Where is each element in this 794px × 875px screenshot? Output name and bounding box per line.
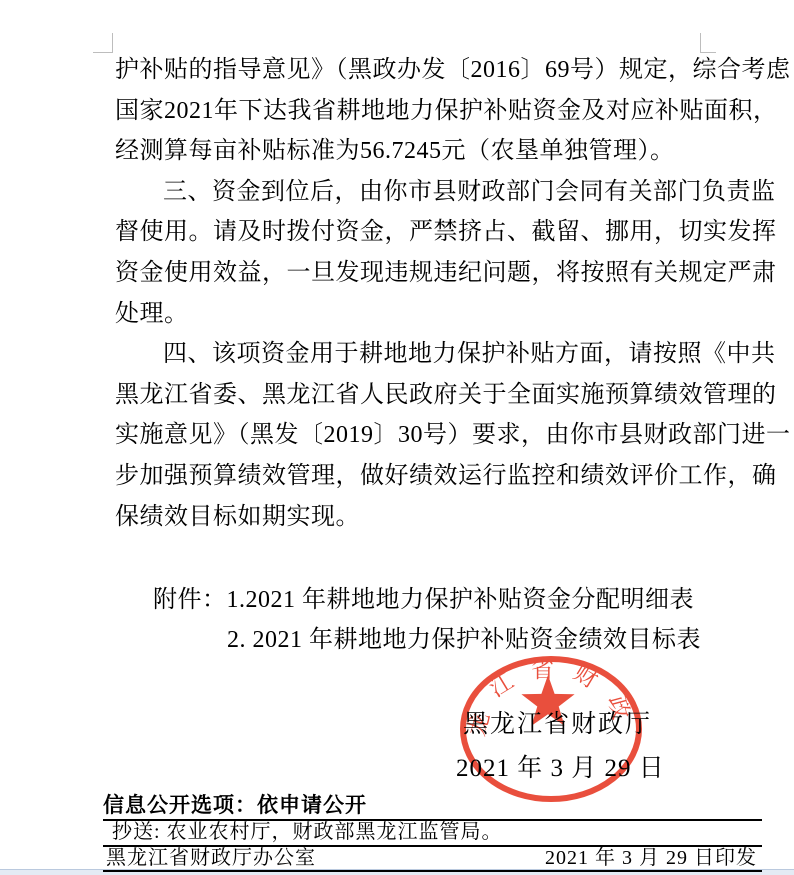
footer-rule-3 bbox=[103, 870, 762, 872]
signature-org: 黑龙江省财政厅 bbox=[463, 705, 652, 745]
body-line: 护补贴的指导意见》（黑政办发〔2016〕69号）规定，综合考虑 bbox=[115, 50, 758, 90]
footer-disclosure: 信息公开选项：依申请公开 bbox=[103, 793, 367, 819]
page-margin-mark-top-left bbox=[93, 33, 113, 53]
attachment-line-1: 附件：1.2021 年耕地地力保护补贴资金分配明细表 bbox=[153, 580, 694, 620]
body-line: 资金使用效益，一旦发现违规违纪问题，将按照有关规定严肃 bbox=[115, 253, 758, 293]
document-page: { "document": { "body_lines": [ {"text":… bbox=[0, 0, 794, 875]
footer-print-date: 2021 年 3 月 29 日印发 bbox=[545, 846, 757, 870]
body-line: 四、该项资金用于耕地地力保护补贴方面，请按照《中共 bbox=[115, 334, 758, 374]
attachments-label: 附件： bbox=[153, 587, 227, 613]
body-line: 三、资金到位后，由你市县财政部门会同有关部门负责监 bbox=[115, 172, 758, 212]
attachment-item-1: 1.2021 年耕地地力保护补贴资金分配明细表 bbox=[227, 587, 695, 613]
body-line: 黑龙江省委、黑龙江省人民政府关于全面实施预算绩效管理的 bbox=[115, 375, 758, 415]
footer-office-row: 黑龙江省财政厅办公室 2021 年 3 月 29 日印发 bbox=[106, 846, 757, 870]
attachment-line-2: 2. 2021 年耕地地力保护补贴资金绩效目标表 bbox=[227, 620, 701, 660]
body-line: 步加强预算绩效管理，做好绩效运行监控和绩效评价工作，确 bbox=[115, 456, 758, 496]
body-line: 保绩效目标如期实现。 bbox=[115, 497, 758, 537]
footer-office: 黑龙江省财政厅办公室 bbox=[106, 846, 316, 870]
footer-cc: 抄送: 农业农村厅，财政部黑龙江监管局。 bbox=[112, 820, 503, 845]
signature-date: 2021 年 3 月 29 日 bbox=[456, 749, 665, 789]
body-line: 实施意见》（黑发〔2019〕30号）要求，由你市县财政部门进一 bbox=[115, 415, 758, 455]
body-line: 国家2021年下达我省耕地地力保护补贴资金及对应补贴面积， bbox=[115, 91, 758, 131]
body-line: 处理。 bbox=[115, 294, 758, 334]
body-line: 经测算每亩补贴标准为56.7245元（农垦单独管理）。 bbox=[115, 131, 758, 171]
attachment-item-2: 2. 2021 年耕地地力保护补贴资金绩效目标表 bbox=[227, 627, 701, 653]
body-line: 督使用。请及时拨付资金，严禁挤占、截留、挪用，切实发挥 bbox=[115, 212, 758, 252]
